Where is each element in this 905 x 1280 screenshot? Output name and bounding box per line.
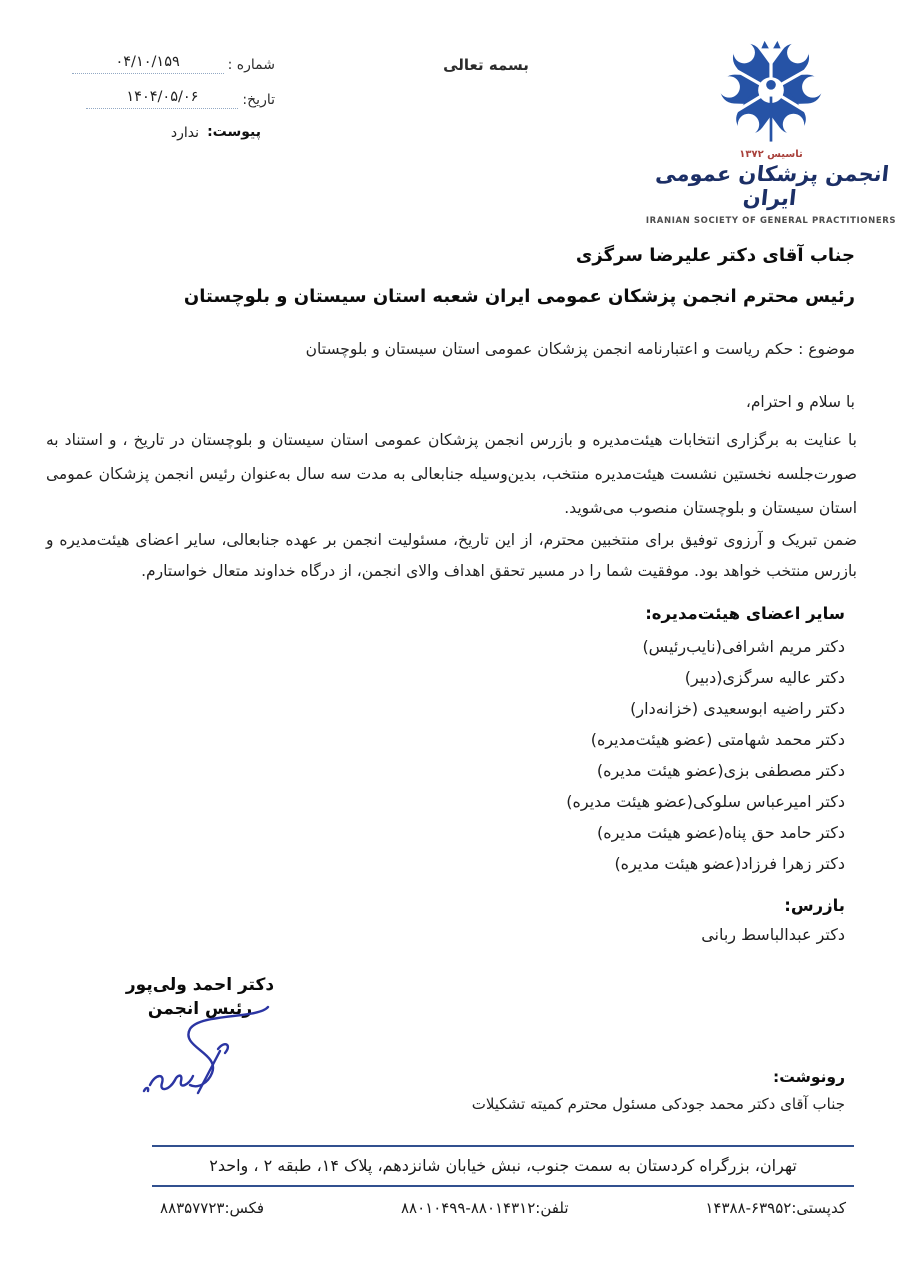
logo-persian-name: انجمن پزشکان عمومی ایران bbox=[642, 162, 899, 210]
letterhead-footer: تهران، بزرگراه کردستان به سمت جنوب، نبش … bbox=[152, 1145, 854, 1217]
signer-name: دکتر احمد ولی‌پور bbox=[95, 975, 305, 995]
letter-page: شماره : ۰۴/۱۰/۱۵۹ تاریخ: ۱۴۰۴/۰۵/۰۶ پیوس… bbox=[0, 0, 905, 1280]
bismillah-text: بسمه تعالی bbox=[386, 56, 586, 74]
board-members-section: سایر اعضای هیئت‌مدیره: دکتر مریم اشرافی(… bbox=[60, 604, 845, 879]
board-member: دکتر راضیه ابوسعیدی (خزانه‌دار) bbox=[60, 693, 845, 724]
recipient-name: جناب آقای دکتر علیرضا سرگزی bbox=[50, 245, 855, 266]
cc-recipient: جناب آقای دکتر محمد جودکی مسئول محترم کم… bbox=[60, 1095, 845, 1113]
cc-heading: رونوشت: bbox=[60, 1068, 845, 1086]
inspector-section: بازرس: دکتر عبدالباسط ربانی bbox=[60, 896, 845, 944]
logo-founded-year: تاسیس ۱۳۷۲ bbox=[645, 149, 897, 160]
board-member: دکتر مریم اشرافی(نایب‌رئیس) bbox=[60, 631, 845, 662]
letter-number-label: شماره : bbox=[228, 57, 275, 74]
body-paragraph-2: ضمن تبریک و آرزوی توفیق برای منتخبین محت… bbox=[46, 525, 857, 587]
inspector-heading: بازرس: bbox=[60, 896, 845, 915]
board-member: دکتر حامد حق پناه(عضو هیئت مدیره) bbox=[60, 817, 845, 848]
board-heading: سایر اعضای هیئت‌مدیره: bbox=[60, 604, 845, 623]
footer-postal-code: کدپستی:۱۴۳۸۸-۶۳۹۵۲ bbox=[705, 1199, 846, 1217]
body-paragraph-1: با عنایت به برگزاری انتخابات هیئت‌مدیره … bbox=[46, 423, 857, 525]
letter-number-value: ۰۴/۱۰/۱۵۹ bbox=[72, 54, 224, 74]
fax-label: فکس: bbox=[224, 1199, 264, 1217]
board-member: دکتر محمد شهامتی (عضو هیئت‌مدیره) bbox=[60, 724, 845, 755]
postal-label: کدپستی: bbox=[791, 1199, 846, 1217]
organization-logo: تاسیس ۱۳۷۲ انجمن پزشکان عمومی ایران IRAN… bbox=[645, 28, 897, 226]
board-member: دکتر عالیه سرگزی(دبیر) bbox=[60, 662, 845, 693]
letter-date-row: تاریخ: ۱۴۰۴/۰۵/۰۶ bbox=[60, 89, 275, 109]
letter-attachment-label: پیوست: bbox=[207, 124, 261, 141]
inspector-name: دکتر عبدالباسط ربانی bbox=[60, 925, 845, 944]
phone-label: تلفن: bbox=[535, 1199, 568, 1217]
logo-english-name: IRANIAN SOCIETY OF GENERAL PRACTITIONERS bbox=[645, 216, 897, 226]
letter-date-label: تاریخ: bbox=[242, 92, 275, 109]
board-member: دکتر امیرعباس سلوکی(عضو هیئت مدیره) bbox=[60, 786, 845, 817]
letter-attachment-value: ندارد bbox=[171, 125, 199, 141]
postal-value: ۱۴۳۸۸-۶۳۹۵۲ bbox=[705, 1199, 791, 1217]
letter-date-value: ۱۴۰۴/۰۵/۰۶ bbox=[86, 89, 238, 109]
recipient-block: جناب آقای دکتر علیرضا سرگزی رئیس محترم ا… bbox=[50, 245, 855, 307]
logo-emblem-icon bbox=[705, 28, 837, 148]
cc-section: رونوشت: جناب آقای دکتر محمد جودکی مسئول … bbox=[60, 1068, 845, 1113]
fax-value: ۸۸۳۵۷۷۲۳ bbox=[160, 1199, 224, 1217]
letter-body: با عنایت به برگزاری انتخابات هیئت‌مدیره … bbox=[46, 423, 857, 587]
recipient-title: رئیس محترم انجمن پزشکان عمومی ایران شعبه… bbox=[50, 286, 855, 307]
letter-meta: شماره : ۰۴/۱۰/۱۵۹ تاریخ: ۱۴۰۴/۰۵/۰۶ پیوس… bbox=[60, 54, 275, 156]
salutation-line: با سلام و احترام، bbox=[746, 393, 855, 411]
footer-phone: تلفن:۸۸۰۱۰۴۹۹-۸۸۰۱۴۳۱۲ bbox=[401, 1199, 569, 1217]
subject-line: موضوع : حکم ریاست و اعتبارنامه انجمن پزش… bbox=[50, 340, 855, 358]
phone-value: ۸۸۰۱۰۴۹۹-۸۸۰۱۴۳۱۲ bbox=[401, 1199, 535, 1217]
footer-address: تهران، بزرگراه کردستان به سمت جنوب، نبش … bbox=[152, 1147, 854, 1185]
letter-attachment-row: پیوست: ندارد bbox=[60, 124, 275, 141]
letter-number-row: شماره : ۰۴/۱۰/۱۵۹ bbox=[60, 54, 275, 74]
board-member: دکتر مصطفی بزی(عضو هیئت مدیره) bbox=[60, 755, 845, 786]
footer-fax: فکس:۸۸۳۵۷۷۲۳ bbox=[160, 1199, 264, 1217]
footer-contacts: کدپستی:۱۴۳۸۸-۶۳۹۵۲ تلفن:۸۸۰۱۰۴۹۹-۸۸۰۱۴۳۱… bbox=[152, 1187, 854, 1217]
board-member: دکتر زهرا فرزاد(عضو هیئت مدیره) bbox=[60, 848, 845, 879]
